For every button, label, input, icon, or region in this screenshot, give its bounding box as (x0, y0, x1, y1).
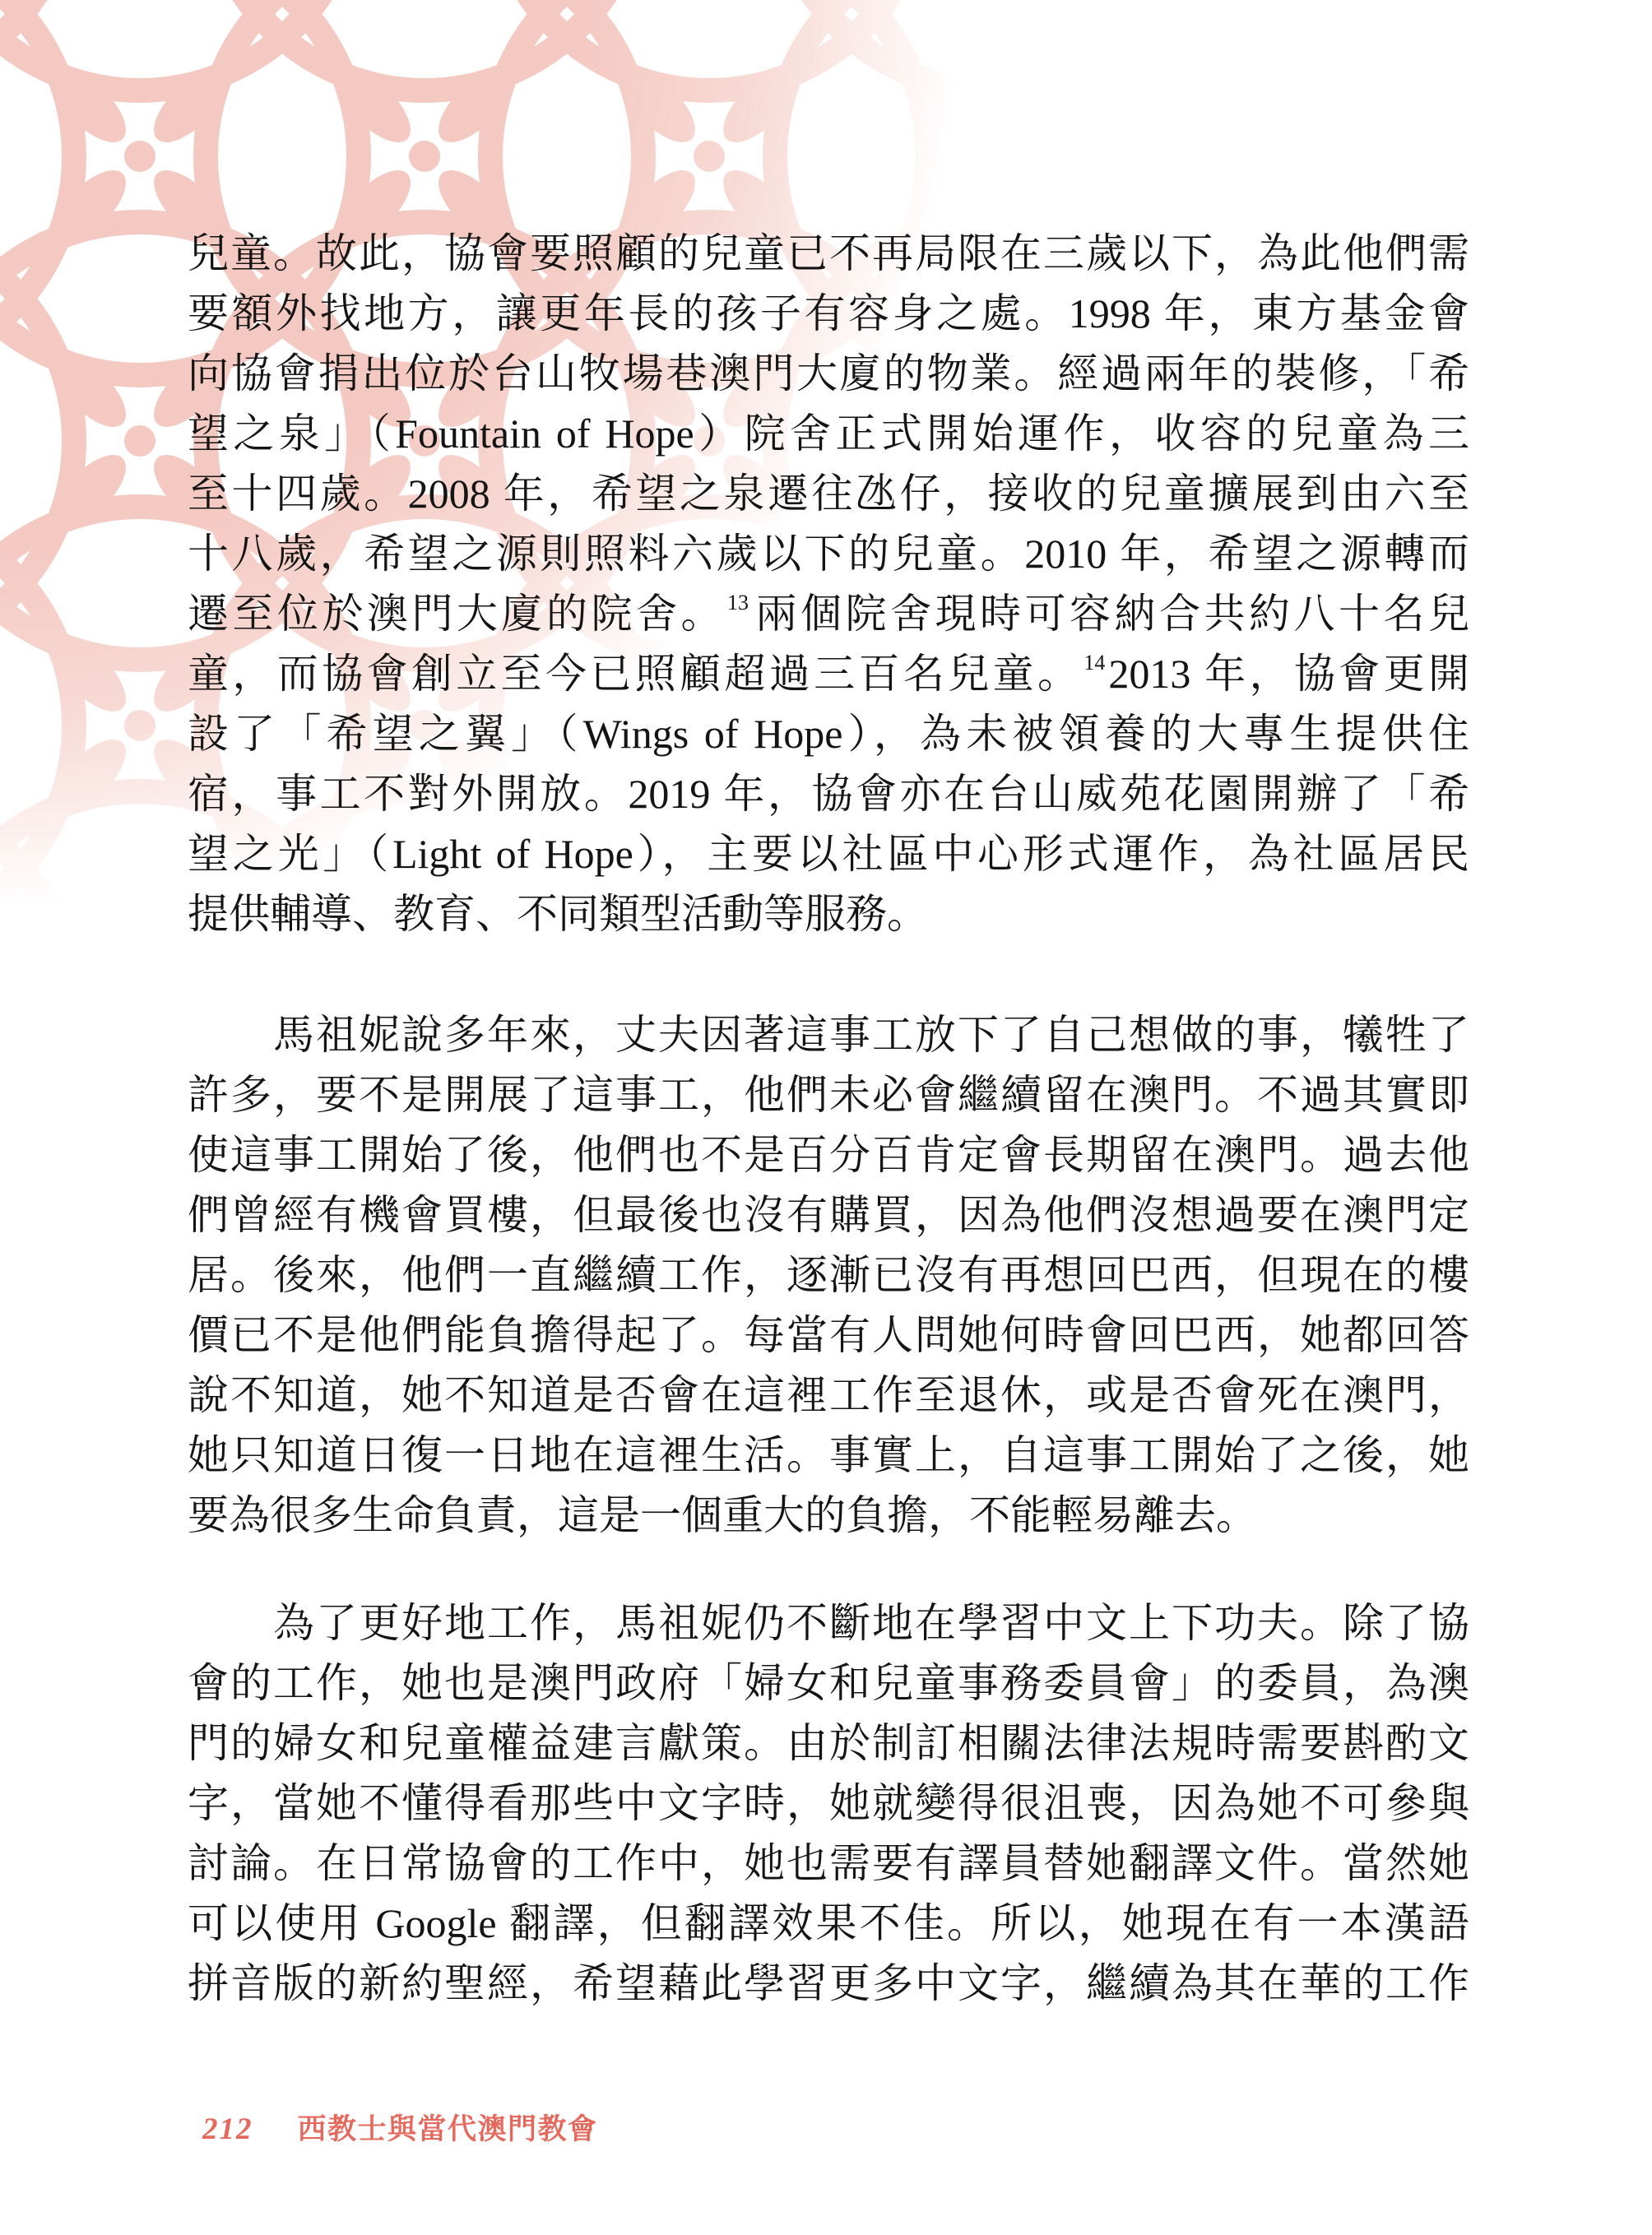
page-footer: 212 西教士與當代澳門教會 (202, 2107, 598, 2148)
text-line: 要為很多生命負責，這是一個重大的負擔，不能輕易離去。 (188, 1486, 1469, 1546)
text-line: 會的工作，她也是澳門政府「婦女和兒童事務委員會」的委員，為澳 (188, 1653, 1469, 1713)
paragraph-2: 馬祖妮說多年來，丈夫因著這事工放下了自己想做的事，犧牲了 許多，要不是開展了這事… (188, 1005, 1469, 1546)
text-line: 至十四歲。2008 年，希望之泉遷往氹仔，接收的兒童擴展到由六至 (188, 464, 1469, 524)
text-line: 許多，要不是開展了這事工，他們未必會繼續留在澳門。不過其實即 (188, 1065, 1469, 1125)
text-line: 十八歲，希望之源則照料六歲以下的兒童。2010 年，希望之源轉而 (188, 524, 1469, 584)
text-line: 門的婦女和兒童權益建言獻策。由於制訂相關法律法規時需要斟酌文 (188, 1713, 1469, 1774)
paragraph-1: 兒童。故此，協會要照顧的兒童已不再局限在三歲以下，為此他們需 要額外找地方，讓更… (188, 224, 1469, 944)
text-line: 們曾經有機會買樓，但最後也沒有購買，因為他們沒想過要在澳門定 (188, 1185, 1469, 1245)
text-segment: 兩個院舍現時可容納合共約八十名兒 (752, 591, 1469, 637)
text-line: 設了「希望之翼」（Wings of Hope），為未被領養的大專生提供住 (188, 704, 1469, 764)
text-line: 拼音版的新約聖經，希望藉此學習更多中文字，繼續為其在華的工作 (188, 1954, 1469, 2014)
text-line: 童，而協會創立至今已照顧超過三百名兒童。142013 年，協會更開 (188, 644, 1469, 704)
text-line: 說不知道，她不知道是否會在這裡工作至退休，或是否會死在澳門， (188, 1366, 1469, 1426)
text-line: 字，當她不懂得看那些中文字時，她就變得很沮喪，因為她不可參與 (188, 1774, 1469, 1834)
text-segment: 童，而協會創立至今已照顧超過三百名兒童。 (188, 651, 1082, 697)
paragraph-3: 為了更好地工作，馬祖妮仍不斷地在學習中文上下功夫。除了協 會的工作，她也是澳門政… (188, 1593, 1469, 2014)
text-line: 望之光」（Light of Hope），主要以社區中心形式運作，為社區居民 (188, 824, 1469, 884)
text-segment: 遷至位於澳門大廈的院舍。 (188, 591, 726, 637)
text-line: 討論。在日常協會的工作中，她也需要有譯員替她翻譯文件。當然她 (188, 1834, 1469, 1894)
footnote-ref-14: 14 (1084, 651, 1105, 675)
text-line: 使這事工開始了後，他們也不是百分百肯定會長期留在澳門。過去他 (188, 1125, 1469, 1185)
text-line: 價已不是他們能負擔得起了。每當有人問她何時會回巴西，她都回答 (188, 1305, 1469, 1366)
text-line: 她只知道日復一日地在這裡生活。事實上，自這事工開始了之後，她 (188, 1426, 1469, 1486)
text-line: 馬祖妮說多年來，丈夫因著這事工放下了自己想做的事，犧牲了 (188, 1005, 1469, 1065)
text-line: 要額外找地方，讓更年長的孩子有容身之處。1998 年，東方基金會 (188, 284, 1469, 344)
text-line: 宿，事工不對外開放。2019 年，協會亦在台山威苑花園開辦了「希 (188, 764, 1469, 824)
text-line: 居。後來，他們一直繼續工作，逐漸已沒有再想回巴西，但現在的樓 (188, 1245, 1469, 1305)
footnote-ref-13: 13 (727, 591, 749, 614)
text-line: 為了更好地工作，馬祖妮仍不斷地在學習中文上下功夫。除了協 (188, 1593, 1469, 1653)
text-line: 遷至位於澳門大廈的院舍。13兩個院舍現時可容納合共約八十名兒 (188, 584, 1469, 644)
text-line: 望之泉」（Fountain of Hope）院舍正式開始運作，收容的兒童為三 (188, 404, 1469, 464)
text-line: 可以使用 Google 翻譯，但翻譯效果不佳。所以，她現在有一本漢語 (188, 1894, 1469, 1954)
text-segment: 2013 年，協會更開 (1108, 651, 1469, 697)
text-line: 提供輔導、教育、不同類型活動等服務。 (188, 884, 1469, 944)
text-line: 兒童。故此，協會要照顧的兒童已不再局限在三歲以下，為此他們需 (188, 224, 1469, 284)
page-number: 212 (202, 2112, 253, 2147)
text-line: 向協會捐出位於台山牧場巷澳門大廈的物業。經過兩年的裝修，「希 (188, 344, 1469, 404)
book-title: 西教士與當代澳門教會 (298, 2107, 598, 2148)
book-page: 兒童。故此，協會要照顧的兒童已不再局限在三歲以下，為此他們需 要額外找地方，讓更… (0, 0, 1652, 2235)
